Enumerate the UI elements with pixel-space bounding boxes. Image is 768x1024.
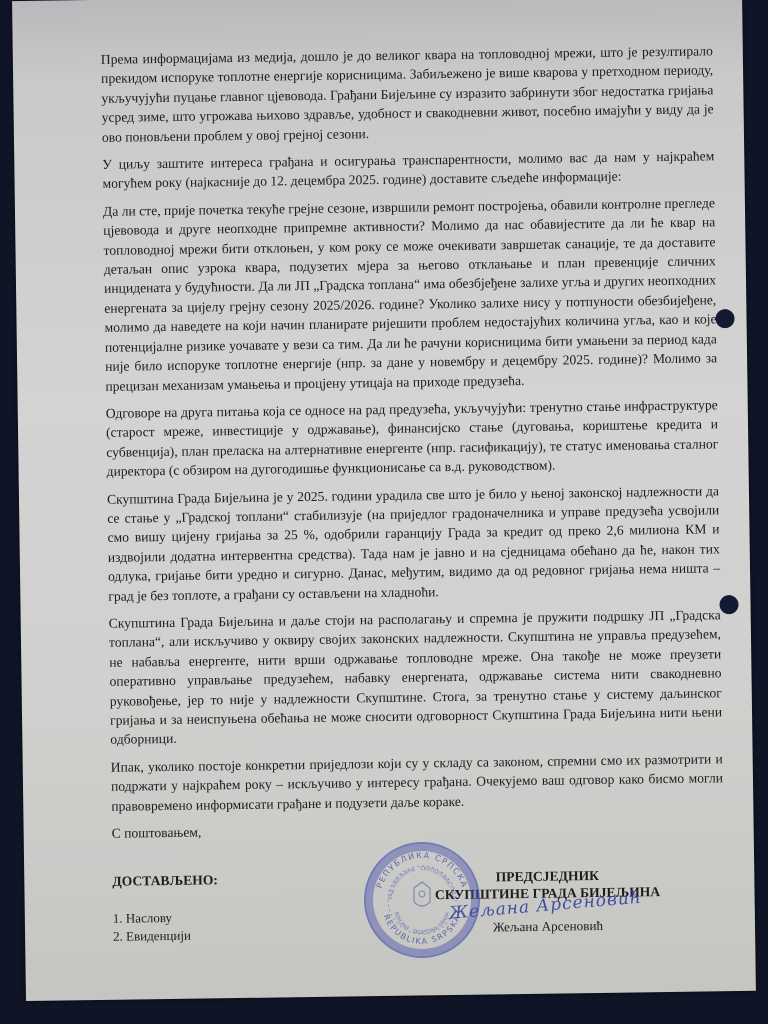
svg-text:REPUBLIKA SRPSKA: REPUBLIKA SRPSKA bbox=[382, 913, 463, 946]
closing-salutation: С поштовањем, bbox=[112, 815, 724, 843]
paragraph-other-questions: Одговоре на друга питања која се односе … bbox=[106, 395, 719, 481]
punch-hole bbox=[715, 309, 734, 328]
paragraph-conclusion: Ипак, уколико постоје конкретни приједло… bbox=[111, 749, 724, 816]
paragraph-context: Према информацијама из медија, дошло је … bbox=[101, 41, 714, 147]
paragraph-questions: Да ли сте, прије почетка текуће грејне с… bbox=[103, 193, 718, 396]
paragraph-assembly-competence: Скупштина Града Бијељина и даље стоји на… bbox=[109, 605, 723, 749]
delivered-item: 2. Евиденцији bbox=[113, 926, 191, 945]
delivered-list: 1. Наслову 2. Евиденцији bbox=[113, 909, 191, 945]
official-seal-icon: РЕПУБЛИКА СРПСКА REPUBLIKA SRPSKA ГРАД Б… bbox=[364, 842, 480, 958]
seal-graphic-icon: РЕПУБЛИКА СРПСКА REPUBLIKA SRPSKA ГРАД Б… bbox=[366, 844, 478, 956]
paragraph-request: У циљу заштите интереса грађана и осигур… bbox=[102, 146, 714, 193]
punch-hole bbox=[719, 595, 738, 614]
letter-body: Према информацијама из медија, дошло је … bbox=[101, 41, 724, 851]
delivered-item: 1. Наслову bbox=[113, 909, 191, 928]
delivered-heading: ДОСТАВЉЕНО: bbox=[112, 872, 218, 889]
paragraph-assembly-actions: Скупштина Града Бијељина је у 2025. годи… bbox=[107, 481, 721, 606]
